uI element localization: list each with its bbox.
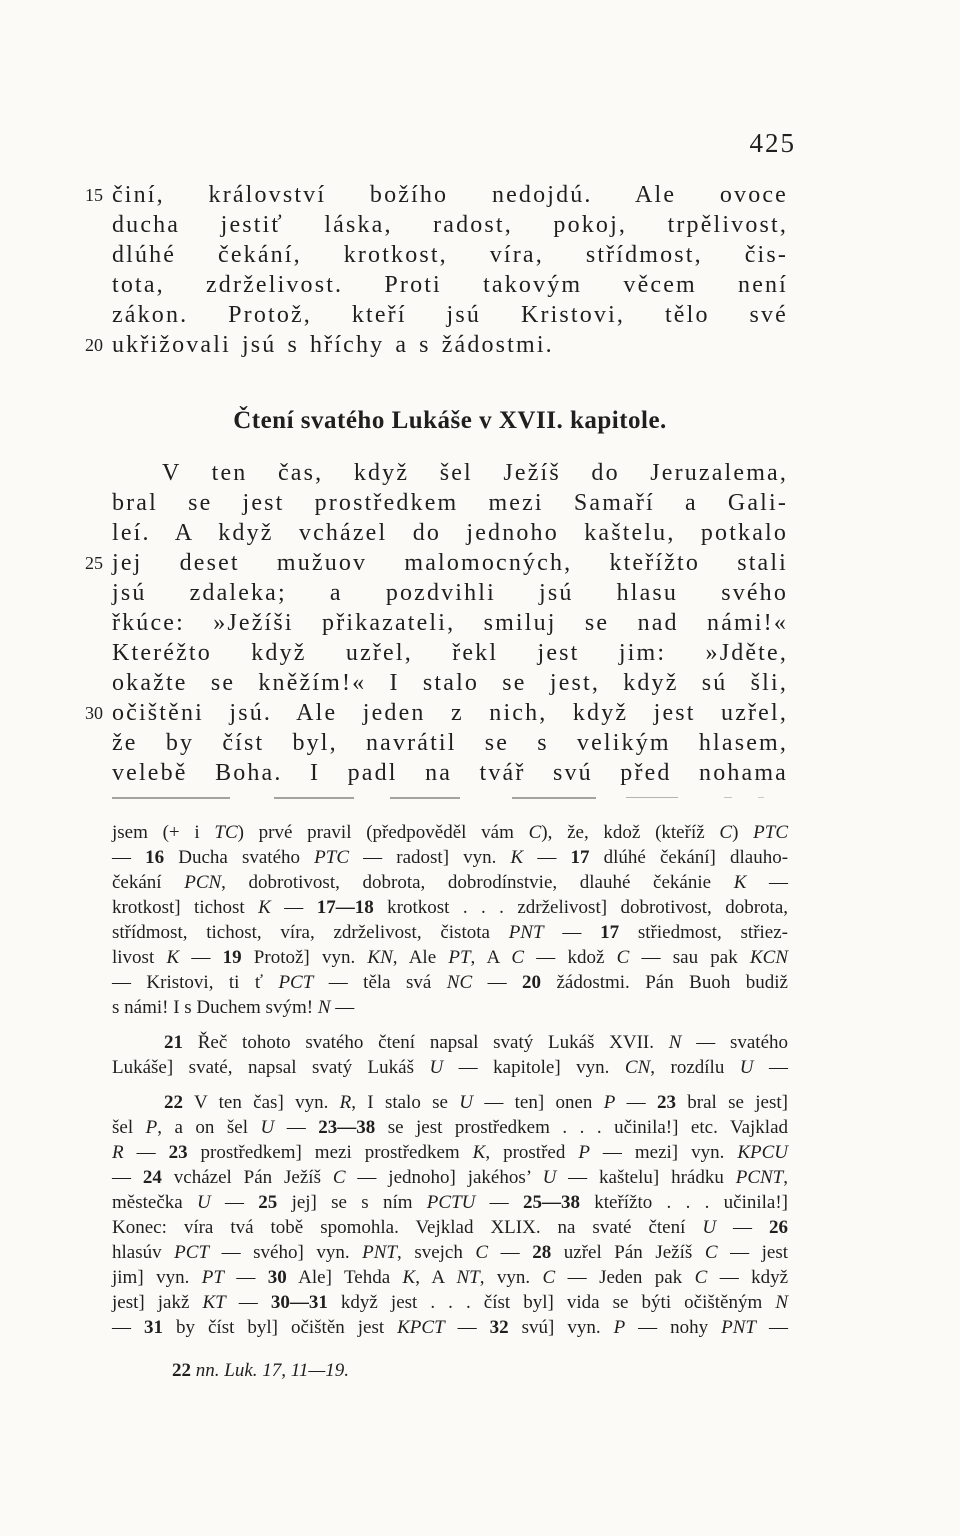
apparatus-text: — <box>331 997 355 1018</box>
verse-number: 32 <box>490 1317 509 1338</box>
apparatus-line: střídmost, tichost, víra, zdrželivost, č… <box>112 920 788 945</box>
manuscript-siglum: U <box>543 1167 557 1188</box>
apparatus-text: — jest <box>718 1242 789 1263</box>
apparatus-text: Ducha svatého <box>164 847 314 868</box>
apparatus-text: čekání <box>112 872 184 893</box>
apparatus-text: , vyn. <box>480 1267 543 1288</box>
apparatus-text: — Kristovi, ti ť <box>112 972 278 993</box>
verse-number: 17—18 <box>317 897 374 918</box>
apparatus-text: — sau pak <box>629 947 750 968</box>
main-text-column: 15činí, království božího nedojdú. Ale o… <box>112 180 788 788</box>
gospel-text-line: tota, zdrželivost. Proti takovým věcem n… <box>112 270 788 300</box>
apparatus-text: krotkost] tichost <box>112 897 258 918</box>
manuscript-siglum: C <box>511 947 524 968</box>
apparatus-text: prostředkem] mezi prostředkem <box>188 1142 473 1163</box>
apparatus-text: ), že, kdož (kteříž <box>541 822 719 843</box>
margin-line-number: 20 <box>85 333 111 357</box>
apparatus-text: Lukáše] svaté, napsal svatý Lukáš <box>112 1057 429 1078</box>
apparatus-line: Konec: víra tvá tobě spomohla. Vejklad X… <box>112 1215 788 1240</box>
apparatus-line: — Kristovi, ti ť PCT — těla svá NC — 20 … <box>112 970 788 995</box>
critical-apparatus: jsem (+ i TC) prvé pravil (předpověděl v… <box>112 820 788 1340</box>
manuscript-siglum: K <box>258 897 271 918</box>
apparatus-text: dlúhé čekání] dlauho- <box>589 847 788 868</box>
apparatus-line: — 16 Ducha svatého PTC — radost] vyn. K … <box>112 845 788 870</box>
apparatus-text: — <box>488 1242 532 1263</box>
manuscript-siglum: R <box>340 1092 352 1113</box>
apparatus-text: — když <box>707 1267 788 1288</box>
gospel-text-line: 20ukřižovali jsú s hříchy a s žádostmi. <box>112 330 788 360</box>
apparatus-line: městečka U — 25 jej] se s ním PCTU — 25—… <box>112 1190 788 1215</box>
apparatus-text: , svejch <box>397 1242 475 1263</box>
apparatus-line: jim] vyn. PT — 30 Ale] Tehda K, A NT, vy… <box>112 1265 788 1290</box>
apparatus-text: kteřížto . . . učinila!] <box>580 1192 788 1213</box>
gospel-text-line: ducha jestiť láska, radost, pokoj, trpěl… <box>112 210 788 240</box>
verse-number: 24 <box>143 1167 162 1188</box>
apparatus-text: , rozdílu <box>650 1057 740 1078</box>
apparatus-text: — <box>179 947 222 968</box>
manuscript-siglum: U <box>702 1217 716 1238</box>
apparatus-text: střiedmost, střiez- <box>619 922 788 943</box>
manuscript-siglum: PNT <box>721 1317 756 1338</box>
manuscript-siglum: PCN <box>184 872 221 893</box>
apparatus-text: — <box>211 1192 259 1213</box>
manuscript-siglum: PCT <box>174 1242 209 1263</box>
verse-number: 30—31 <box>271 1292 328 1313</box>
manuscript-siglum: C <box>543 1267 556 1288</box>
gospel-text-line: okažte se kněžím!« I stalo se jest, když… <box>112 668 788 698</box>
apparatus-text: — <box>472 972 522 993</box>
manuscript-siglum: C <box>475 1242 488 1263</box>
page-number: 425 <box>748 128 796 159</box>
gospel-text-line: zákon. Protož, kteří jsú Kristovi, tělo … <box>112 300 788 330</box>
manuscript-siglum: NT <box>456 1267 479 1288</box>
apparatus-text: , dobrotivost, dobrota, dobrodínstvie, d… <box>221 872 734 893</box>
gospel-text-line: leí. A když vcházel do jednoho kaštelu, … <box>112 518 788 548</box>
apparatus-text: Konec: víra tvá tobě spomohla. Vejklad X… <box>112 1217 702 1238</box>
verse-number: 25 <box>258 1192 277 1213</box>
manuscript-siglum: PCT <box>278 972 313 993</box>
apparatus-text: uzřel Pán Ježíš <box>551 1242 705 1263</box>
apparatus-text: když jest . . . číst byl] vida se býti o… <box>328 1292 775 1313</box>
gospel-text-line: dlúhé čekání, krotkost, víra, střídmost,… <box>112 240 788 270</box>
apparatus-text: — <box>716 1217 769 1238</box>
apparatus-line: Lukáše] svaté, napsal svatý Lukáš U — ka… <box>112 1055 788 1080</box>
gospel-text-line: Kteréžto když uzřel, řekl jest jim: »Jdě… <box>112 638 788 668</box>
verse-number: 26 <box>769 1217 788 1238</box>
manuscript-siglum: U <box>197 1192 211 1213</box>
margin-line-number: 15 <box>85 183 111 207</box>
apparatus-text: — <box>124 1142 169 1163</box>
apparatus-text: bral se jest] <box>676 1092 788 1113</box>
manuscript-siglum: PCTU <box>427 1192 476 1213</box>
apparatus-text: Řeč tohoto svatého čtení napsal svatý Lu… <box>183 1032 669 1053</box>
apparatus-text: — ten] onen <box>473 1092 604 1113</box>
manuscript-siglum: C <box>529 822 542 843</box>
manuscript-siglum: PTC <box>314 847 349 868</box>
apparatus-text: , prostřed <box>485 1142 578 1163</box>
gospel-text-paragraph-2: V ten čas, když šel Ježíš do Jeruzalema,… <box>112 458 788 788</box>
apparatus-text: — <box>475 1192 523 1213</box>
apparatus-text: — těla svá <box>313 972 446 993</box>
apparatus-text: , a on šel <box>157 1117 260 1138</box>
manuscript-siglum: K <box>511 847 524 868</box>
manuscript-siglum: C <box>719 822 732 843</box>
gospel-text-line: 30očištěni jsú. Ale jeden z nich, když j… <box>112 698 788 728</box>
apparatus-text: — Jeden pak <box>555 1267 694 1288</box>
gospel-text-line: V ten čas, když šel Ježíš do Jeruzalema, <box>112 458 788 488</box>
apparatus-line: šel P, a on šel U — 23—38 se jest prostř… <box>112 1115 788 1140</box>
verse-number: 31 <box>144 1317 163 1338</box>
apparatus-text: — <box>224 1267 268 1288</box>
verse-number: 25—38 <box>523 1192 580 1213</box>
gospel-text-line: velebě Boha. I padl na tvář svú před noh… <box>112 758 788 788</box>
section-divider-rule <box>112 797 788 801</box>
apparatus-text: — <box>274 1117 318 1138</box>
apparatus-text: — <box>271 897 317 918</box>
gospel-text-line: jsú zdaleka; a pozdvihli jsú hlasu svého <box>112 578 788 608</box>
apparatus-text: — kapitole] vyn. <box>443 1057 625 1078</box>
apparatus-text: s námi! I s Duchem svým! <box>112 997 318 1018</box>
apparatus-text: , I stalo se <box>351 1092 459 1113</box>
verse-number: 20 <box>522 972 541 993</box>
apparatus-text: městečka <box>112 1192 197 1213</box>
verse-number: 22 <box>164 1092 183 1113</box>
apparatus-text: hlasúv <box>112 1242 174 1263</box>
manuscript-siglum: C <box>705 1242 718 1263</box>
manuscript-siglum: KCN <box>750 947 788 968</box>
manuscript-siglum: P <box>146 1117 158 1138</box>
apparatus-paragraph: 21 Řeč tohoto svatého čtení napsal svatý… <box>112 1030 788 1080</box>
manuscript-siglum: KPCT <box>397 1317 445 1338</box>
apparatus-line: livost K — 19 Protož] vyn. KN, Ale PT, A… <box>112 945 788 970</box>
manuscript-siglum: PNT <box>509 922 544 943</box>
apparatus-text: — <box>112 1317 144 1338</box>
verse-number: 30 <box>268 1267 287 1288</box>
apparatus-text: žádostmi. Pán Buoh budiž <box>541 972 788 993</box>
verse-number: 16 <box>145 847 164 868</box>
apparatus-text: — kdož <box>524 947 617 968</box>
manuscript-siglum: NC <box>447 972 472 993</box>
apparatus-text: jim] vyn. <box>112 1267 202 1288</box>
apparatus-text: krotkost . . . zdrželivost] dobrotivost,… <box>374 897 788 918</box>
apparatus-text: V ten čas] vyn. <box>183 1092 340 1113</box>
verse-number: 21 <box>164 1032 183 1053</box>
manuscript-siglum: U <box>260 1117 274 1138</box>
apparatus-text: — <box>746 872 788 893</box>
apparatus-line: hlasúv PCT — svého] vyn. PNT, svejch C —… <box>112 1240 788 1265</box>
manuscript-siglum: R <box>112 1142 124 1163</box>
apparatus-text: ) prvé pravil (předpověděl vám <box>238 822 529 843</box>
source-reference-citation: nn. Luk. 17, 11—19. <box>196 1360 349 1381</box>
apparatus-text: , Ale <box>393 947 449 968</box>
manuscript-siglum: KPCU <box>737 1142 788 1163</box>
apparatus-text: — <box>523 847 570 868</box>
apparatus-text: — jednoho] jakéhos’ <box>346 1167 543 1188</box>
manuscript-siglum: K <box>403 1267 416 1288</box>
verse-number: 17 <box>570 847 589 868</box>
margin-line-number: 30 <box>85 701 111 725</box>
apparatus-line: — 31 by číst byl] očištěn jest KPCT — 32… <box>112 1315 788 1340</box>
apparatus-text: — <box>112 847 145 868</box>
manuscript-siglum: P <box>578 1142 590 1163</box>
manuscript-siglum: PTC <box>753 822 788 843</box>
gospel-text-paragraph-1: 15činí, království božího nedojdú. Ale o… <box>112 180 788 360</box>
apparatus-line: 22 V ten čas] vyn. R, I stalo se U — ten… <box>112 1090 788 1115</box>
manuscript-siglum: K <box>166 947 179 968</box>
apparatus-line: R — 23 prostředkem] mezi prostředkem K, … <box>112 1140 788 1165</box>
apparatus-text: , <box>783 1167 788 1188</box>
manuscript-siglum: P <box>604 1092 616 1113</box>
apparatus-text: Ale] Tehda <box>287 1267 403 1288</box>
manuscript-siglum: PT <box>202 1267 224 1288</box>
apparatus-line: s námi! I s Duchem svým! N — <box>112 995 788 1020</box>
manuscript-siglum: PNT <box>362 1242 397 1263</box>
apparatus-text: — kaštelu] hrádku <box>556 1167 735 1188</box>
apparatus-line: jsem (+ i TC) prvé pravil (předpověděl v… <box>112 820 788 845</box>
apparatus-text: — svého] vyn. <box>209 1242 362 1263</box>
manuscript-siglum: U <box>429 1057 443 1078</box>
apparatus-text: livost <box>112 947 166 968</box>
apparatus-paragraph: 22 V ten čas] vyn. R, I stalo se U — ten… <box>112 1090 788 1340</box>
section-heading: Čtení svatého Lukáše v XVII. kapitole. <box>112 406 788 436</box>
manuscript-siglum: CN <box>625 1057 650 1078</box>
gospel-text-line: řkúce: »Ježíši přikazateli, smiluj se na… <box>112 608 788 638</box>
manuscript-siglum: KN <box>367 947 392 968</box>
manuscript-siglum: K <box>473 1142 486 1163</box>
apparatus-text: — <box>615 1092 657 1113</box>
apparatus-text: svú] vyn. <box>509 1317 614 1338</box>
gospel-text-line: že by číst byl, navrátil se s velikým hl… <box>112 728 788 758</box>
apparatus-text: ) <box>732 822 753 843</box>
apparatus-line: jest] jakž KT — 30—31 když jest . . . čí… <box>112 1290 788 1315</box>
manuscript-siglum: U <box>459 1092 473 1113</box>
apparatus-text: šel <box>112 1117 146 1138</box>
verse-number: 23 <box>657 1092 676 1113</box>
manuscript-siglum: P <box>614 1317 626 1338</box>
gospel-text-line: 15činí, království božího nedojdú. Ale o… <box>112 180 788 210</box>
apparatus-line: 21 Řeč tohoto svatého čtení napsal svatý… <box>112 1030 788 1055</box>
manuscript-siglum: N <box>318 997 331 1018</box>
book-page: 425 15činí, království božího nedojdú. A… <box>0 0 960 1536</box>
apparatus-text: jej] se s ním <box>277 1192 427 1213</box>
verse-number: 19 <box>223 947 242 968</box>
apparatus-text: , A <box>471 947 512 968</box>
apparatus-text: se jest prostředkem . . . učinila!] etc.… <box>375 1117 788 1138</box>
apparatus-text: střídmost, tichost, víra, zdrželivost, č… <box>112 922 509 943</box>
manuscript-siglum: N <box>669 1032 682 1053</box>
manuscript-siglum: C <box>695 1267 708 1288</box>
verse-number: 23—38 <box>318 1117 375 1138</box>
apparatus-text: — svatého <box>681 1032 788 1053</box>
apparatus-text: jest] jakž <box>112 1292 202 1313</box>
apparatus-text: Protož] vyn. <box>242 947 368 968</box>
apparatus-text: — radost] vyn. <box>349 847 511 868</box>
apparatus-line: — 24 vcházel Pán Ježíš C — jednoho] jaké… <box>112 1165 788 1190</box>
manuscript-siglum: K <box>734 872 747 893</box>
source-reference-verse-number: 22 <box>172 1360 191 1381</box>
apparatus-text: — <box>112 1167 143 1188</box>
manuscript-siglum: N <box>775 1292 788 1313</box>
source-reference: 22 nn. Luk. 17, 11—19. <box>172 1360 349 1382</box>
apparatus-text: — mezi] vyn. <box>590 1142 737 1163</box>
manuscript-siglum: C <box>333 1167 346 1188</box>
gospel-text-line: bral se jest prostředkem mezi Samaří a G… <box>112 488 788 518</box>
manuscript-siglum: TC <box>214 822 237 843</box>
manuscript-siglum: C <box>617 947 630 968</box>
manuscript-siglum: PT <box>448 947 470 968</box>
manuscript-siglum: U <box>740 1057 754 1078</box>
apparatus-text: by číst byl] očištěn jest <box>163 1317 397 1338</box>
apparatus-text: — <box>754 1057 788 1078</box>
apparatus-text: — <box>544 922 601 943</box>
apparatus-text: — nohy <box>625 1317 721 1338</box>
verse-number: 17 <box>600 922 619 943</box>
apparatus-text: — <box>445 1317 490 1338</box>
apparatus-text: — <box>756 1317 788 1338</box>
apparatus-text: vcházel Pán Ježíš <box>162 1167 333 1188</box>
apparatus-line: čekání PCN, dobrotivost, dobrota, dobrod… <box>112 870 788 895</box>
apparatus-line: krotkost] tichost K — 17—18 krotkost . .… <box>112 895 788 920</box>
verse-number: 23 <box>169 1142 188 1163</box>
gospel-text-line: 25jej deset mužuov malomocných, kteřížto… <box>112 548 788 578</box>
verse-number: 28 <box>532 1242 551 1263</box>
manuscript-siglum: PCNT <box>736 1167 784 1188</box>
apparatus-text: jsem (+ i <box>112 822 214 843</box>
apparatus-text: — <box>226 1292 271 1313</box>
margin-line-number: 25 <box>85 551 111 575</box>
apparatus-paragraph: jsem (+ i TC) prvé pravil (předpověděl v… <box>112 820 788 1020</box>
apparatus-text: , A <box>415 1267 456 1288</box>
manuscript-siglum: KT <box>202 1292 225 1313</box>
